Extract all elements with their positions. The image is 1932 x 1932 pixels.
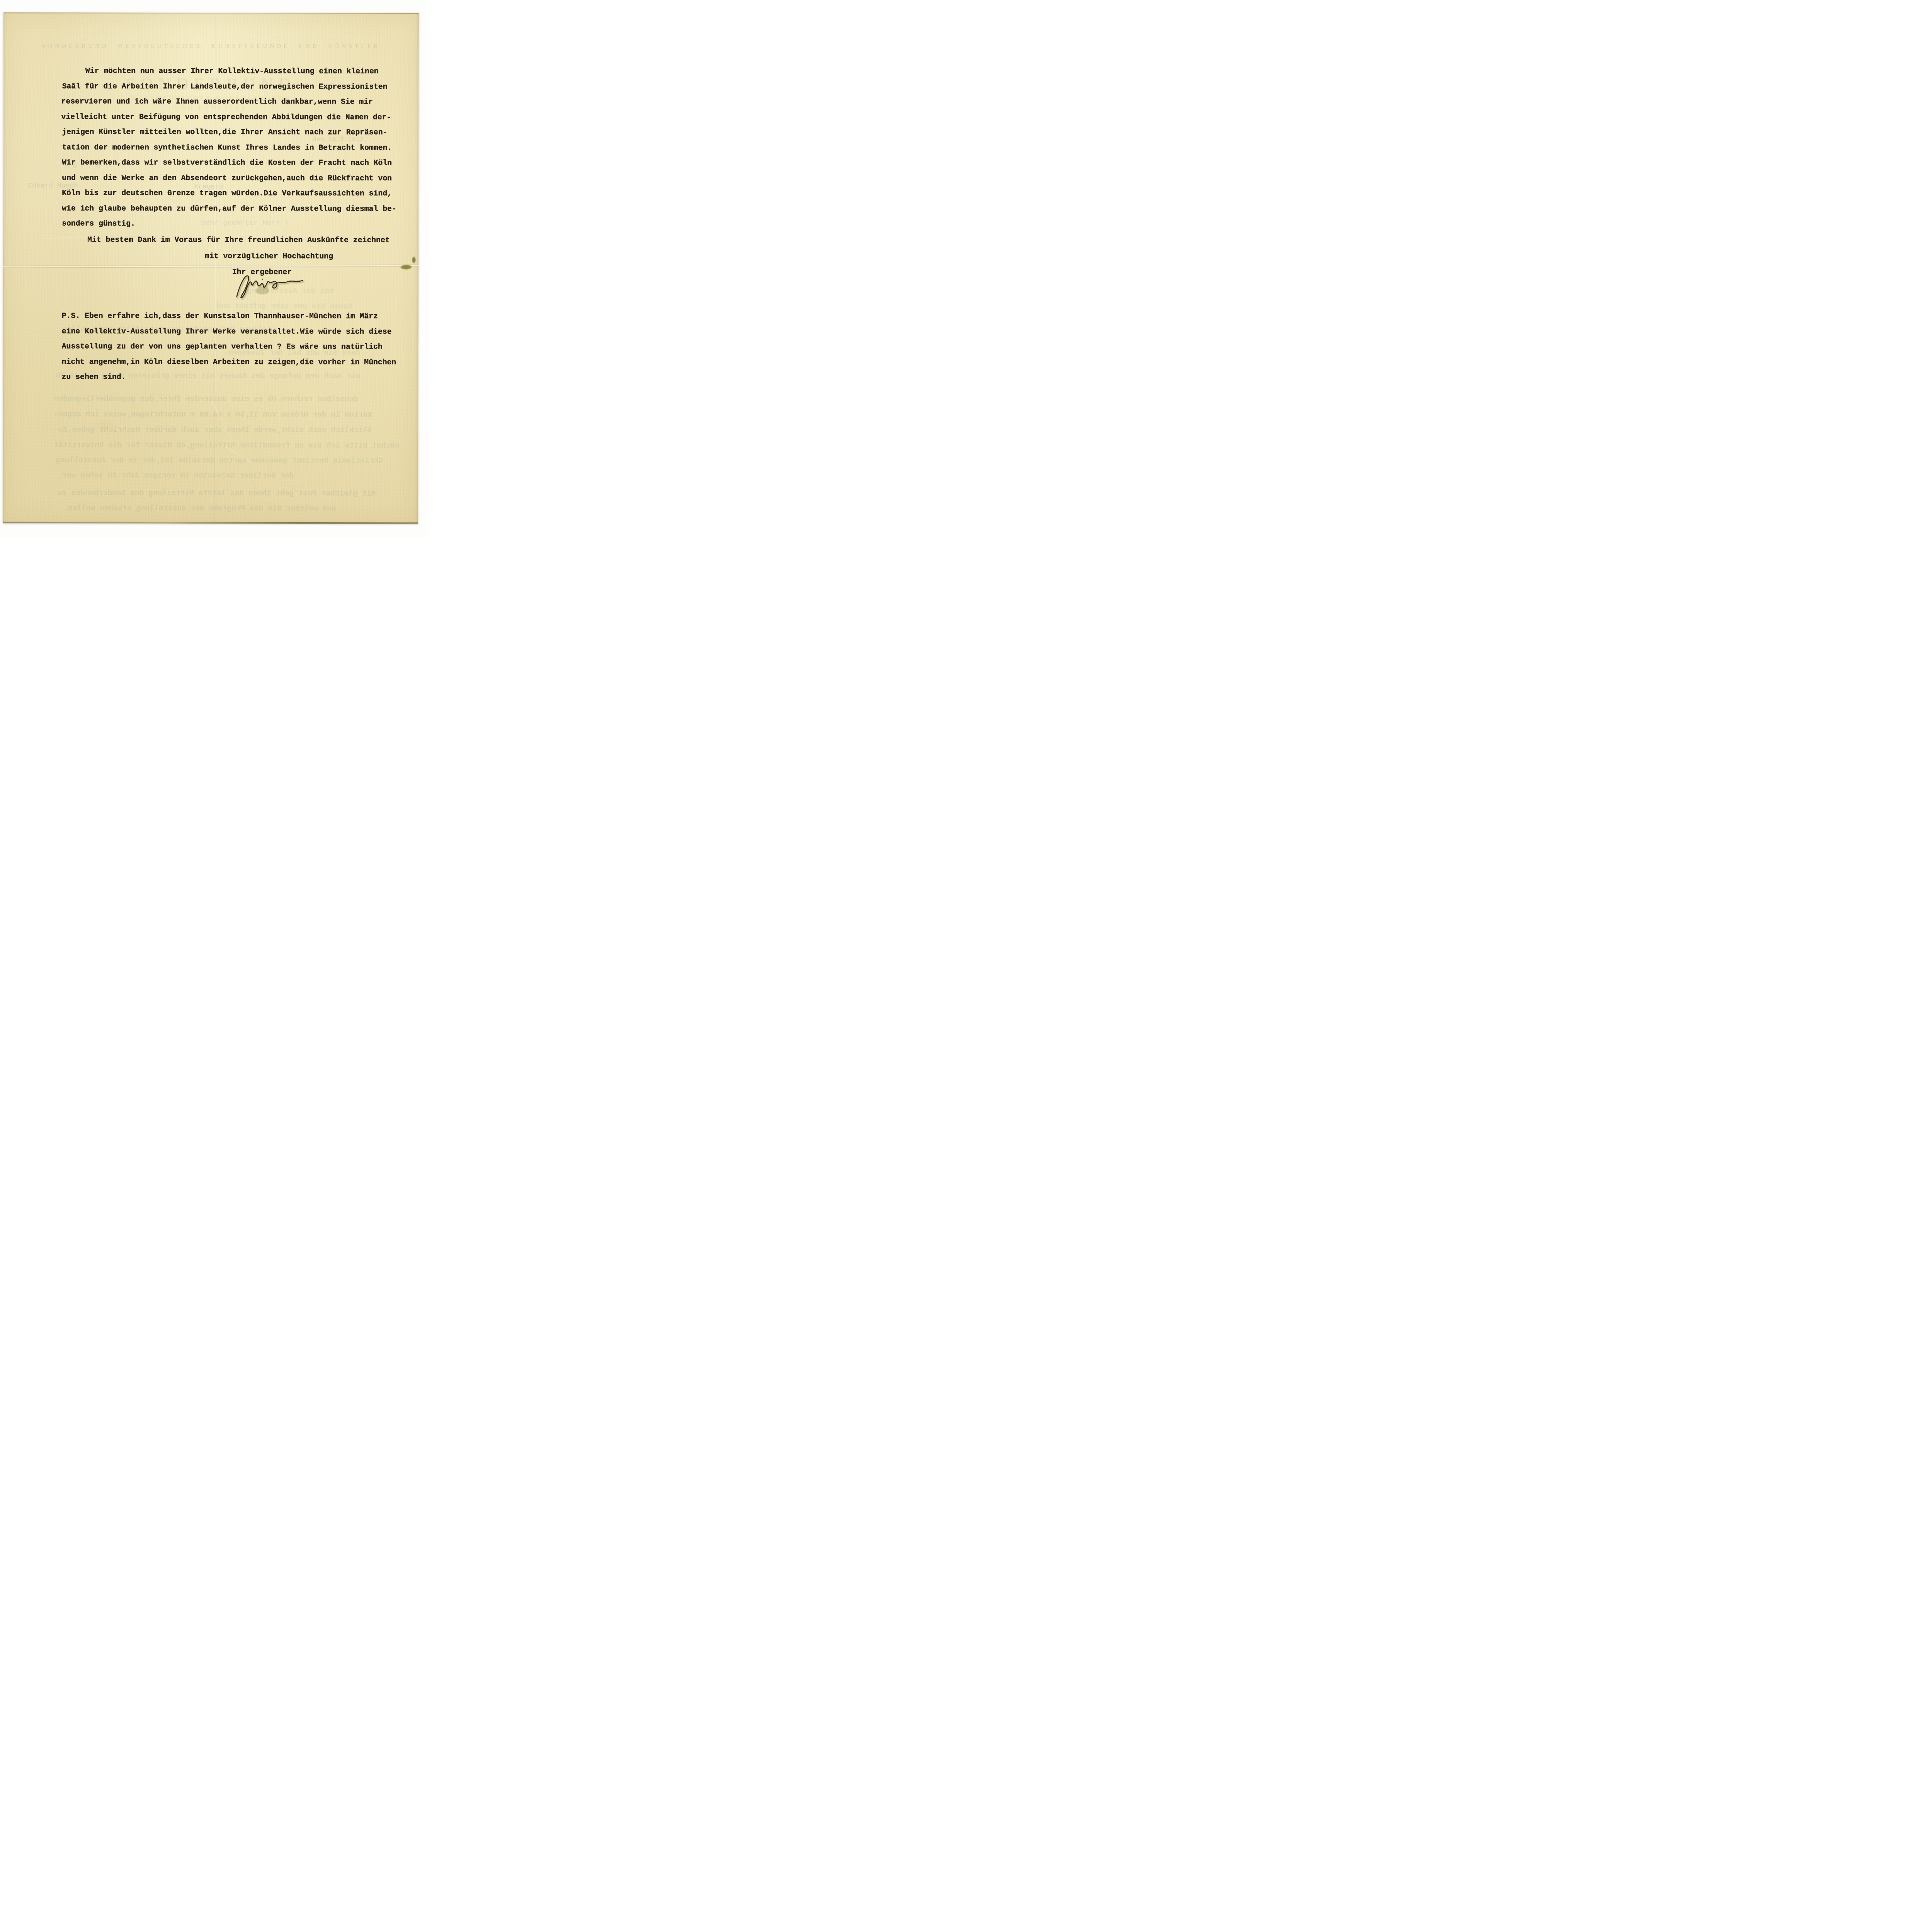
typed-line: Wir bemerken,dass wir selbstverständlich… bbox=[62, 157, 392, 168]
olive-stain bbox=[400, 265, 412, 270]
typed-line: sonders günstig. bbox=[62, 218, 135, 228]
ghost-salutation: Sehr geehrter Herr ! bbox=[201, 219, 289, 227]
ps-line: nicht angenehm,in Köln dieselben Arbeite… bbox=[62, 357, 396, 367]
ps-line: Ausstellung zu der von uns geplanten ver… bbox=[62, 341, 383, 352]
ghost-body-line: Karton in der Grösse von 11,50 x ca.60 m… bbox=[54, 410, 372, 419]
scanned-letter-page: SONDERBUND WESTDEUTSCHER KUNSTFREUNDE UN… bbox=[0, 0, 429, 538]
typed-line: und wenn die Werke an den Absendeort zur… bbox=[62, 173, 392, 183]
handwritten-signature bbox=[232, 272, 305, 302]
typed-line: Saâl für die Arbeiten Ihrer Landsleute,d… bbox=[62, 81, 388, 92]
ghost-body-line: aus welcher Sie das Programm der Ausstel… bbox=[63, 504, 336, 513]
ghost-body-line: denselben rechnen.Ob es eine ausserdem I… bbox=[54, 395, 359, 403]
age-spot bbox=[92, 418, 115, 434]
ghost-letterhead-logo: SONDERBUND WESTDEUTSCHER KUNSTFREUNDE UN… bbox=[3, 74, 419, 113]
typed-line: wie ich glaube behaupten zu dürfen,auf d… bbox=[62, 203, 396, 214]
typed-line: tation der modernen synthetischen Kunst … bbox=[62, 142, 392, 153]
ghost-body-line: haben Sie uns sehr gefreut und bbox=[216, 302, 353, 311]
ghost-body-line: Christiania bestimmt gewesene Karton der… bbox=[56, 456, 383, 465]
ink-smudge bbox=[256, 287, 269, 294]
paper-wrinkle bbox=[226, 446, 298, 492]
closing-thanks-line: Mit bestem Dank im Voraus für Ihre freun… bbox=[87, 235, 390, 245]
typed-line: Köln bis zur deutschen Grenze tragen wür… bbox=[62, 188, 392, 198]
typed-line: jenigen Künstler mitteilen wollten,die I… bbox=[62, 127, 387, 137]
typed-line: vielleicht unter Beifügung von entsprech… bbox=[61, 112, 391, 122]
olive-stain bbox=[412, 257, 416, 264]
ps-line: zu sehen sind. bbox=[62, 372, 126, 382]
ps-line: P.S. Eben erfahre ich,dass der Kunstsalo… bbox=[62, 311, 378, 321]
ghost-body-line: Mit gleicher Post geht Ihnen das letzte … bbox=[58, 489, 376, 498]
closing-salutation: mit vorzüglicher Hochachtung bbox=[205, 251, 333, 261]
signature-i-dot bbox=[262, 279, 263, 280]
signature-ink-bleed bbox=[238, 277, 304, 299]
typed-line: Wir möchten nun ausser Ihrer Kollektiv-A… bbox=[85, 66, 379, 77]
ghost-letterhead-line: SONDERBUND WESTDEUTSCHER KUNSTFREUNDE UN… bbox=[3, 43, 419, 50]
horizontal-fold-crease bbox=[3, 264, 418, 268]
letter-paper-sheet: SONDERBUND WESTDEUTSCHER KUNSTFREUNDE UN… bbox=[3, 12, 419, 524]
signature-stroke bbox=[237, 276, 303, 298]
ghost-body-line: der Berliner Sezession im vorigen Jahr z… bbox=[58, 471, 294, 480]
typed-line: reservieren und ich wäre Ihnen ausserord… bbox=[61, 96, 373, 107]
ghost-body-line: nächst bitte ich Sie um freundliche Mitt… bbox=[54, 441, 399, 450]
ps-line: eine Kollektiv-Ausstellung Ihrer Werke v… bbox=[62, 326, 392, 337]
